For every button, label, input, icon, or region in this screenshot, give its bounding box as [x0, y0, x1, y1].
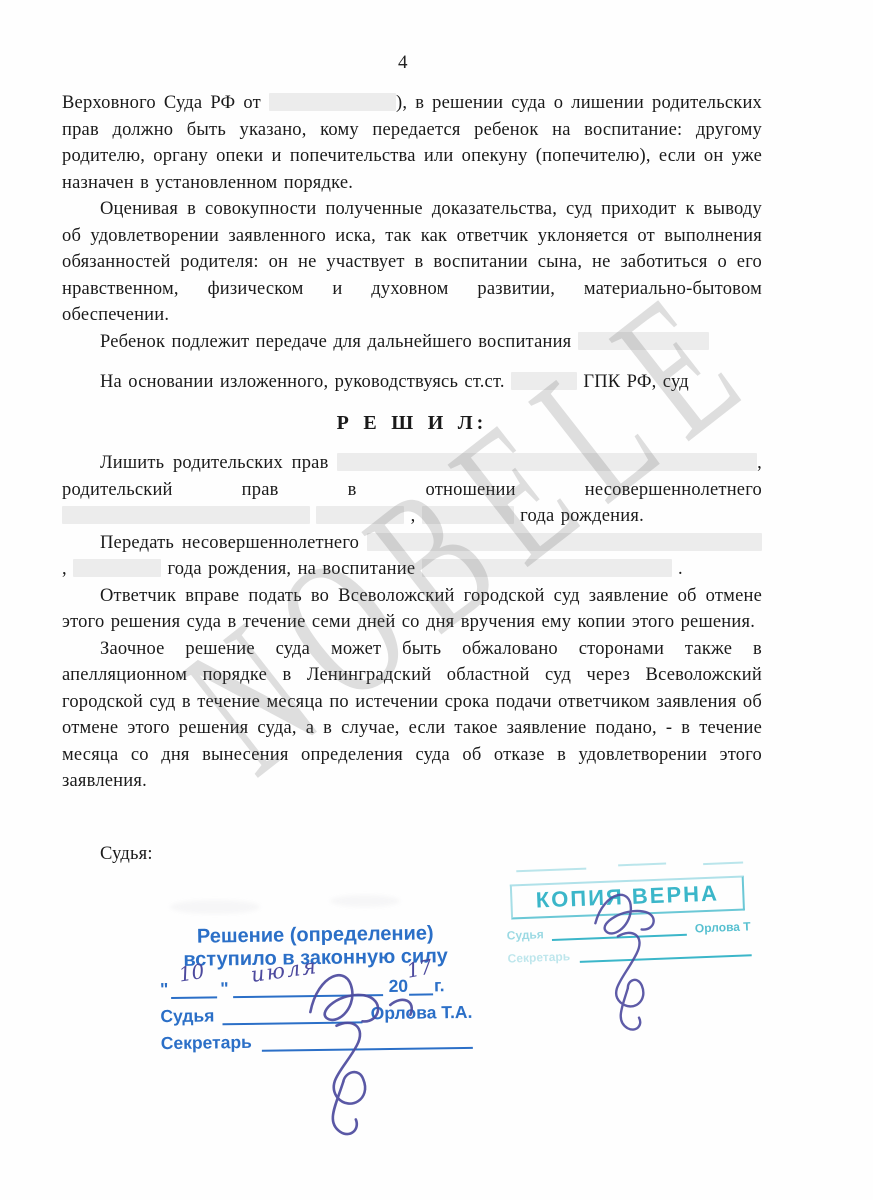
scanned-court-decision-page: 4 NOBELE Верховного Суда РФ от ), в реше… — [0, 0, 873, 1200]
judge-signature-blank — [552, 922, 688, 941]
secretary-signature-blank — [580, 942, 752, 963]
redaction-box — [578, 332, 709, 350]
text-segment: Ответчик вправе подать во Всеволожский г… — [62, 586, 762, 633]
text-segment: Заочное решение суда может быть обжалова… — [62, 639, 762, 792]
secretary-signature-blank — [262, 1031, 473, 1052]
paragraph-intro: Верховного Суда РФ от ), в решении суда … — [62, 90, 762, 196]
handwritten-year: 17 — [405, 956, 434, 980]
redaction-box — [62, 506, 310, 524]
document-body: Верховного Суда РФ от ), в решении суда … — [62, 90, 762, 867]
copy-verified-stamp: КОПИЯ ВЕРНА Судья Орлова Т Секретарь — [498, 861, 757, 966]
stamp-date-row: " 10 " июля 20 17 г. — [160, 975, 472, 999]
copy-stamp-judge-row: Судья Орлова Т — [500, 919, 756, 943]
resolution-heading: Р Е Ш И Л: — [62, 410, 762, 437]
page-number: 4 — [398, 52, 408, 74]
faint-stamp-edge — [516, 868, 586, 873]
stamp-secretary-row: Секретарь — [161, 1029, 473, 1053]
text-segment: Оценивая в совокупности полученные доказ… — [62, 199, 762, 325]
text-segment: . — [678, 559, 683, 579]
faint-stamp-edge — [703, 862, 743, 866]
paragraph-resolution-1: Лишить родительских прав , родительский … — [62, 450, 762, 530]
quote-mark: " — [160, 979, 169, 999]
date-year-blank: 17 — [409, 977, 433, 995]
text-segment: , — [411, 506, 416, 526]
redaction-box — [337, 453, 757, 471]
copy-stamp-secretary-row: Секретарь — [501, 942, 757, 966]
judge-name: Орлова Т.А. — [371, 1002, 473, 1023]
secretary-label: Секретарь — [507, 949, 570, 965]
text-segment: , — [62, 559, 67, 579]
redaction-box — [316, 506, 404, 524]
redaction-box — [422, 506, 514, 524]
paragraph-child-transfer: Ребенок подлежит передаче для дальнейшег… — [62, 329, 762, 356]
faint-stamp-edge — [618, 863, 666, 867]
scan-smudge — [330, 895, 400, 907]
date-month-blank: июля — [233, 978, 383, 998]
paragraph-appeal-month: Заочное решение суда может быть обжалова… — [62, 636, 762, 795]
redaction-box — [422, 559, 672, 577]
text-segment: ГПК РФ, суд — [583, 372, 689, 392]
entry-into-force-stamp: Решение (определение) вступило в законну… — [159, 922, 473, 1053]
judge-name: Орлова Т — [695, 919, 751, 935]
paragraph-appeal-7days: Ответчик вправе подать во Всеволожский г… — [62, 583, 762, 636]
text-segment: Передать несовершеннолетнего — [100, 533, 359, 553]
text-segment: года рождения. — [520, 506, 644, 526]
redaction-box — [269, 93, 396, 111]
paragraph-legal-basis: На основании изложенного, руководствуясь… — [62, 369, 762, 396]
judge-label: Судья — [160, 1005, 214, 1026]
text-segment: Ребенок подлежит передаче для дальнейшег… — [100, 332, 571, 352]
stamp-judge-row: Судья Орлова Т.А. — [160, 1002, 472, 1026]
paragraph-resolution-2: Передать несовершеннолетнего , года рожд… — [62, 530, 762, 583]
judge-signature-blank — [222, 1005, 363, 1025]
secretary-label: Секретарь — [161, 1032, 252, 1053]
date-day-blank: 10 — [171, 980, 217, 999]
redaction-box — [73, 559, 161, 577]
redaction-box — [511, 372, 577, 390]
year-suffix: г. — [434, 975, 445, 995]
quote-mark: " — [220, 978, 229, 998]
year-prefix: 20 — [388, 976, 408, 996]
text-segment: Верховного Суда РФ от — [62, 93, 261, 113]
paragraph-assessment: Оценивая в совокупности полученные доказ… — [62, 196, 762, 329]
text-segment: Лишить родительских прав — [100, 453, 329, 473]
text-segment: На основании изложенного, руководствуясь… — [100, 372, 505, 392]
scan-smudge — [170, 900, 260, 914]
text-segment: года рождения, на воспитание — [167, 559, 415, 579]
copy-stamp-title: КОПИЯ ВЕРНА — [510, 876, 745, 920]
judge-label: Судья — [506, 927, 544, 942]
redaction-box — [367, 533, 762, 551]
handwritten-day: 10 — [178, 961, 206, 985]
judge-label: Судья: — [100, 844, 153, 864]
